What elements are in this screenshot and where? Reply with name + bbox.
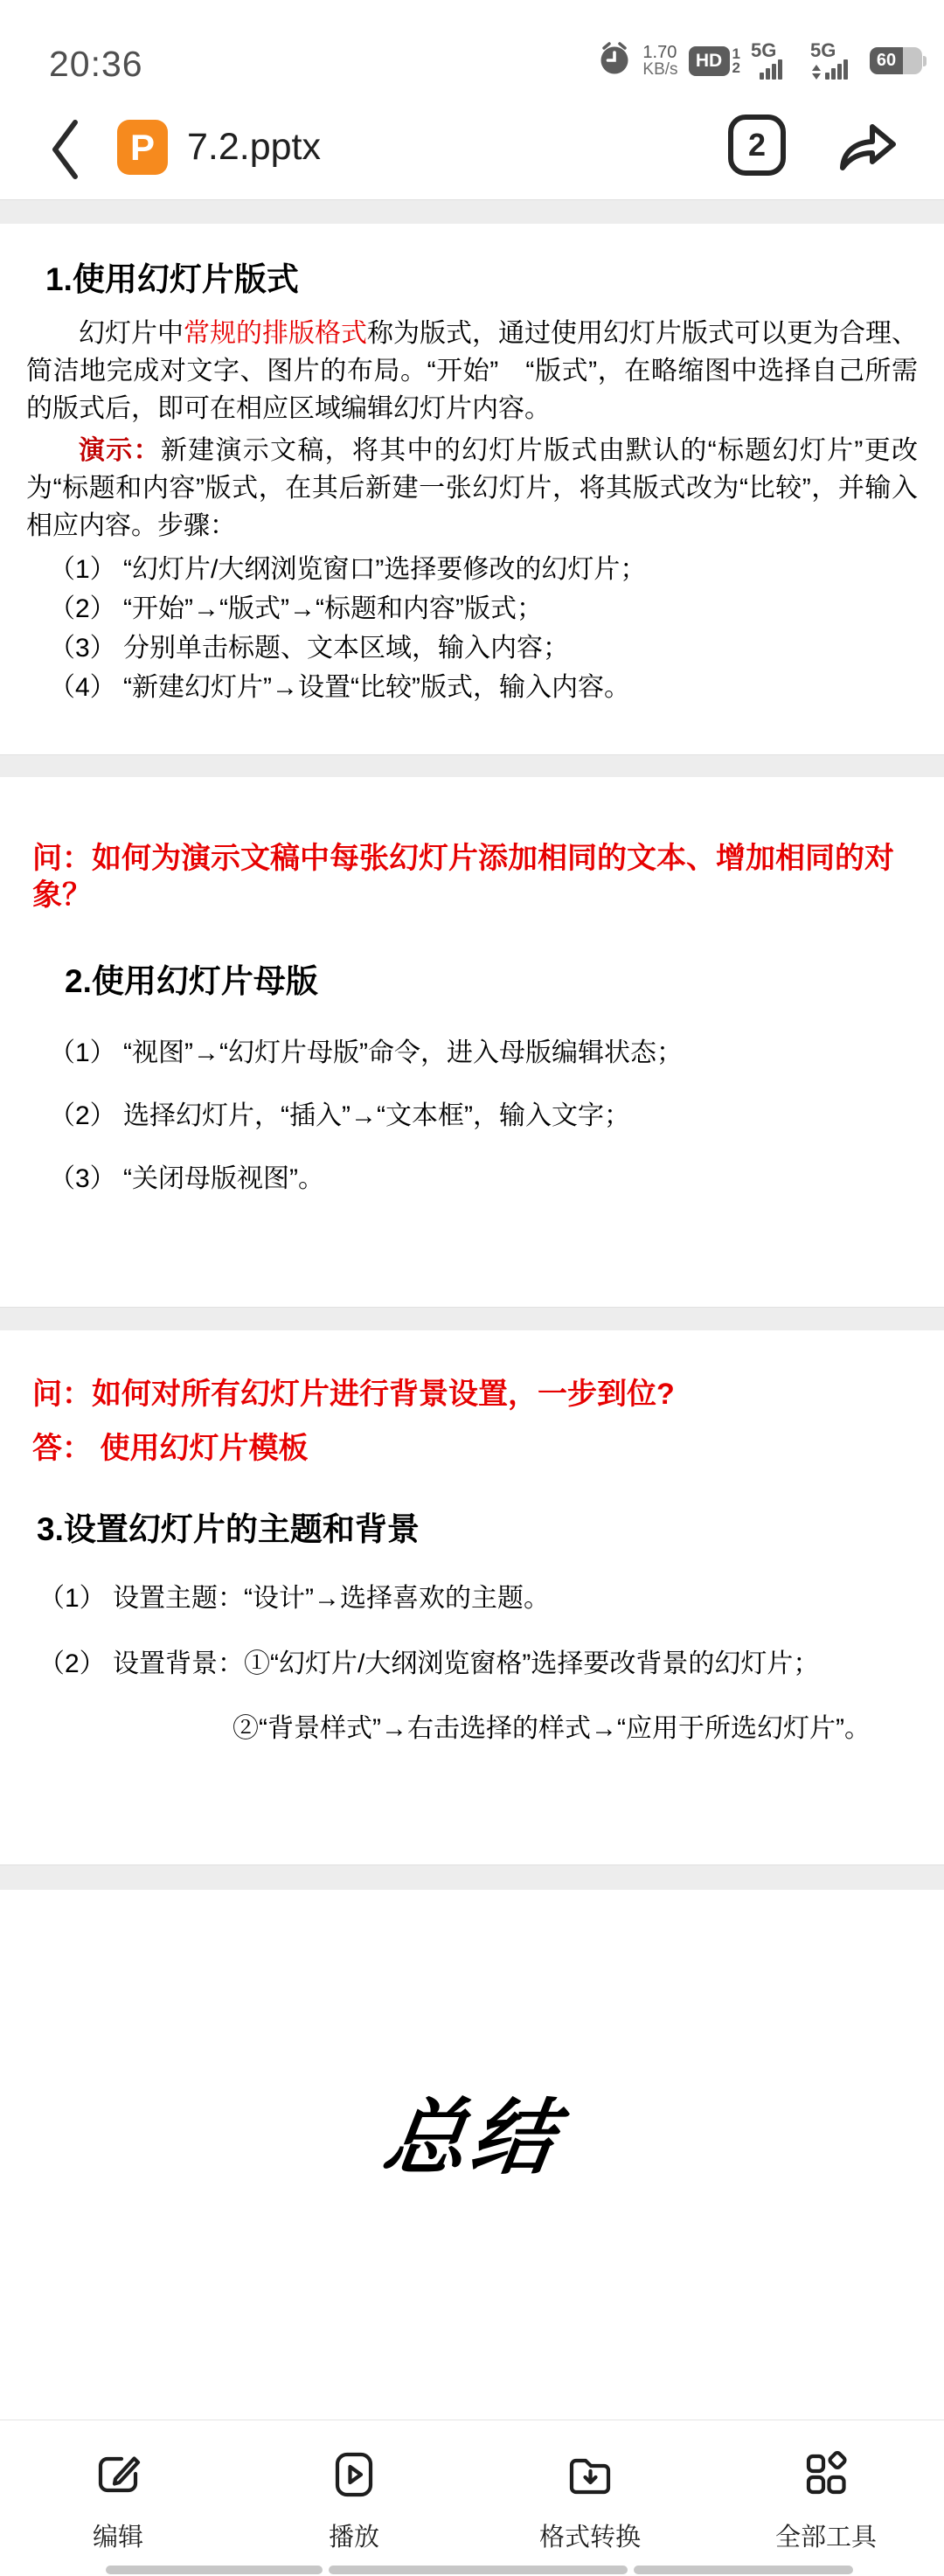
list-item: （2） 选择幻灯片，“插入”→“文本框”，输入文字； [26, 1097, 918, 1135]
list-item: ②“背景样式”→右击选择的样式→“应用于所选幻灯片”。 [26, 1708, 918, 1749]
app-header: P 7.2.pptx 2 [0, 96, 944, 199]
share-icon[interactable] [832, 115, 900, 183]
thumbnail-bar [634, 2566, 853, 2574]
question-text: 问：如何对所有幻灯片进行背景设置，一步到位? [32, 1376, 918, 1413]
hd-volte-icon: HD 1 2 [689, 46, 740, 76]
battery-percent: 60 [870, 47, 903, 74]
slide-page-1: 1.使用幻灯片版式 幻灯片中常规的排版格式称为版式，通过使用幻灯片版式可以更为合… [0, 224, 944, 754]
ppt-file-icon: P [117, 120, 168, 175]
list-item: （2） “开始”→“版式”→“标题和内容”版式； [26, 589, 918, 628]
all-tools-button[interactable]: 全部工具 [708, 2420, 944, 2576]
list-item: （1） “幻灯片/大纲浏览窗口”选择要修改的幻灯片； [26, 550, 918, 589]
tool-label: 格式转换 [539, 2517, 641, 2553]
network-speed-value: 1.70 [642, 44, 677, 61]
bottom-toolbar: 编辑 播放 格式转换 全部工具 [0, 2420, 944, 2576]
slide-divider [0, 1864, 944, 1890]
list-item: （1） “视图”→“幻灯片母版”命令，进入母版编辑状态； [26, 1034, 918, 1073]
network-type-sim2: 5G [810, 42, 836, 59]
format-convert-button[interactable]: 格式转换 [472, 2420, 708, 2576]
play-button[interactable]: 播放 [236, 2420, 472, 2576]
network-speed: 1.70 KB/s [642, 44, 677, 79]
section-heading-3: 3.设置幻灯片的主题和背景 [37, 1510, 918, 1549]
slide-divider [0, 1307, 944, 1330]
edit-button[interactable]: 编辑 [0, 2420, 236, 2576]
network-speed-unit: KB/s [642, 61, 677, 79]
list-item: （1） 设置主题：“设计”→选择喜欢的主题。 [26, 1579, 918, 1618]
data-updown-arrows [812, 65, 821, 80]
format-convert-icon [564, 2448, 616, 2505]
signal-bars-icon-sim2: 5G [810, 42, 859, 80]
slide-divider [0, 754, 944, 777]
slide-page-4: 总结 [0, 1890, 944, 2420]
step-list: （1） “幻灯片/大纲浏览窗口”选择要修改的幻灯片； （2） “开始”→“版式”… [26, 550, 918, 707]
multitask-count-badge[interactable]: 2 [728, 115, 786, 176]
paragraph-demo: 演示：新建演示文稿，将其中的幻灯片版式由默认的“标题幻灯片”更改为“标题和内容”… [26, 432, 918, 545]
status-icons: 1.70 KB/s HD 1 2 5G 5G 60 [597, 40, 927, 81]
slide-page-2: 问：如何为演示文稿中每张幻灯片添加相同的文本、增加相同的对象？ 2.使用幻灯片母… [0, 777, 944, 1307]
thumbnail-bar [329, 2566, 628, 2574]
thumbnail-strip [0, 2566, 944, 2576]
slide-divider [0, 199, 944, 224]
document-title: 7.2.pptx [187, 126, 321, 169]
edit-icon [92, 2448, 144, 2505]
network-type-sim1: 5G [751, 42, 776, 59]
thumbnail-bar [106, 2566, 323, 2574]
step-list: （1） “视图”→“幻灯片母版”命令，进入母版编辑状态； （2） 选择幻灯片，“… [26, 1034, 918, 1198]
signal-bars-icon-sim1: 5G [751, 42, 800, 80]
tool-label: 播放 [329, 2517, 379, 2553]
list-item: （2） 设置背景：①“幻灯片/大纲浏览窗格”选择要改背景的幻灯片； [26, 1644, 918, 1684]
demo-label: 演示： [79, 436, 161, 465]
all-tools-icon [800, 2448, 852, 2505]
list-item: （4） “新建幻灯片”→设置“比较”版式，输入内容。 [26, 668, 918, 707]
list-item: （3） 分别单击标题、文本区域，输入内容； [26, 628, 918, 668]
question-text: 问：如何为演示文稿中每张幻灯片添加相同的文本、增加相同的对象？ [32, 840, 918, 913]
answer-text: 答： 使用幻灯片模板 [32, 1430, 918, 1467]
list-item: （3） “关闭母版视图”。 [26, 1160, 918, 1198]
highlighted-text-run: 常规的排版格式 [184, 319, 367, 348]
slide-page-3: 问：如何对所有幻灯片进行背景设置，一步到位? 答： 使用幻灯片模板 3.设置幻灯… [0, 1330, 944, 1864]
hd-badge: HD [689, 46, 730, 76]
summary-title: 总结 [382, 2119, 562, 2156]
text-run: 新建演示文稿，将其中的幻灯片版式由默认的“标题幻灯片”更改为“标题和内容”版式，… [26, 436, 918, 540]
battery-icon: 60 [870, 47, 927, 74]
paragraph-layout-intro: 幻灯片中常规的排版格式称为版式，通过使用幻灯片版式可以更为合理、简洁地完成对文字… [26, 315, 918, 427]
clock-time: 20:36 [49, 44, 143, 85]
hd-sim2: 2 [732, 61, 740, 75]
back-button[interactable] [47, 117, 82, 182]
tool-label: 全部工具 [775, 2517, 877, 2553]
text-run: 幻灯片中 [79, 319, 184, 348]
play-icon [328, 2448, 380, 2505]
section-heading-2: 2.使用幻灯片母版 [65, 962, 918, 1001]
section-heading-1: 1.使用幻灯片版式 [45, 260, 918, 299]
alarm-clock-icon [597, 40, 632, 81]
status-bar: 20:36 1.70 KB/s HD 1 2 5G 5G [0, 0, 944, 96]
tool-label: 编辑 [93, 2517, 143, 2553]
